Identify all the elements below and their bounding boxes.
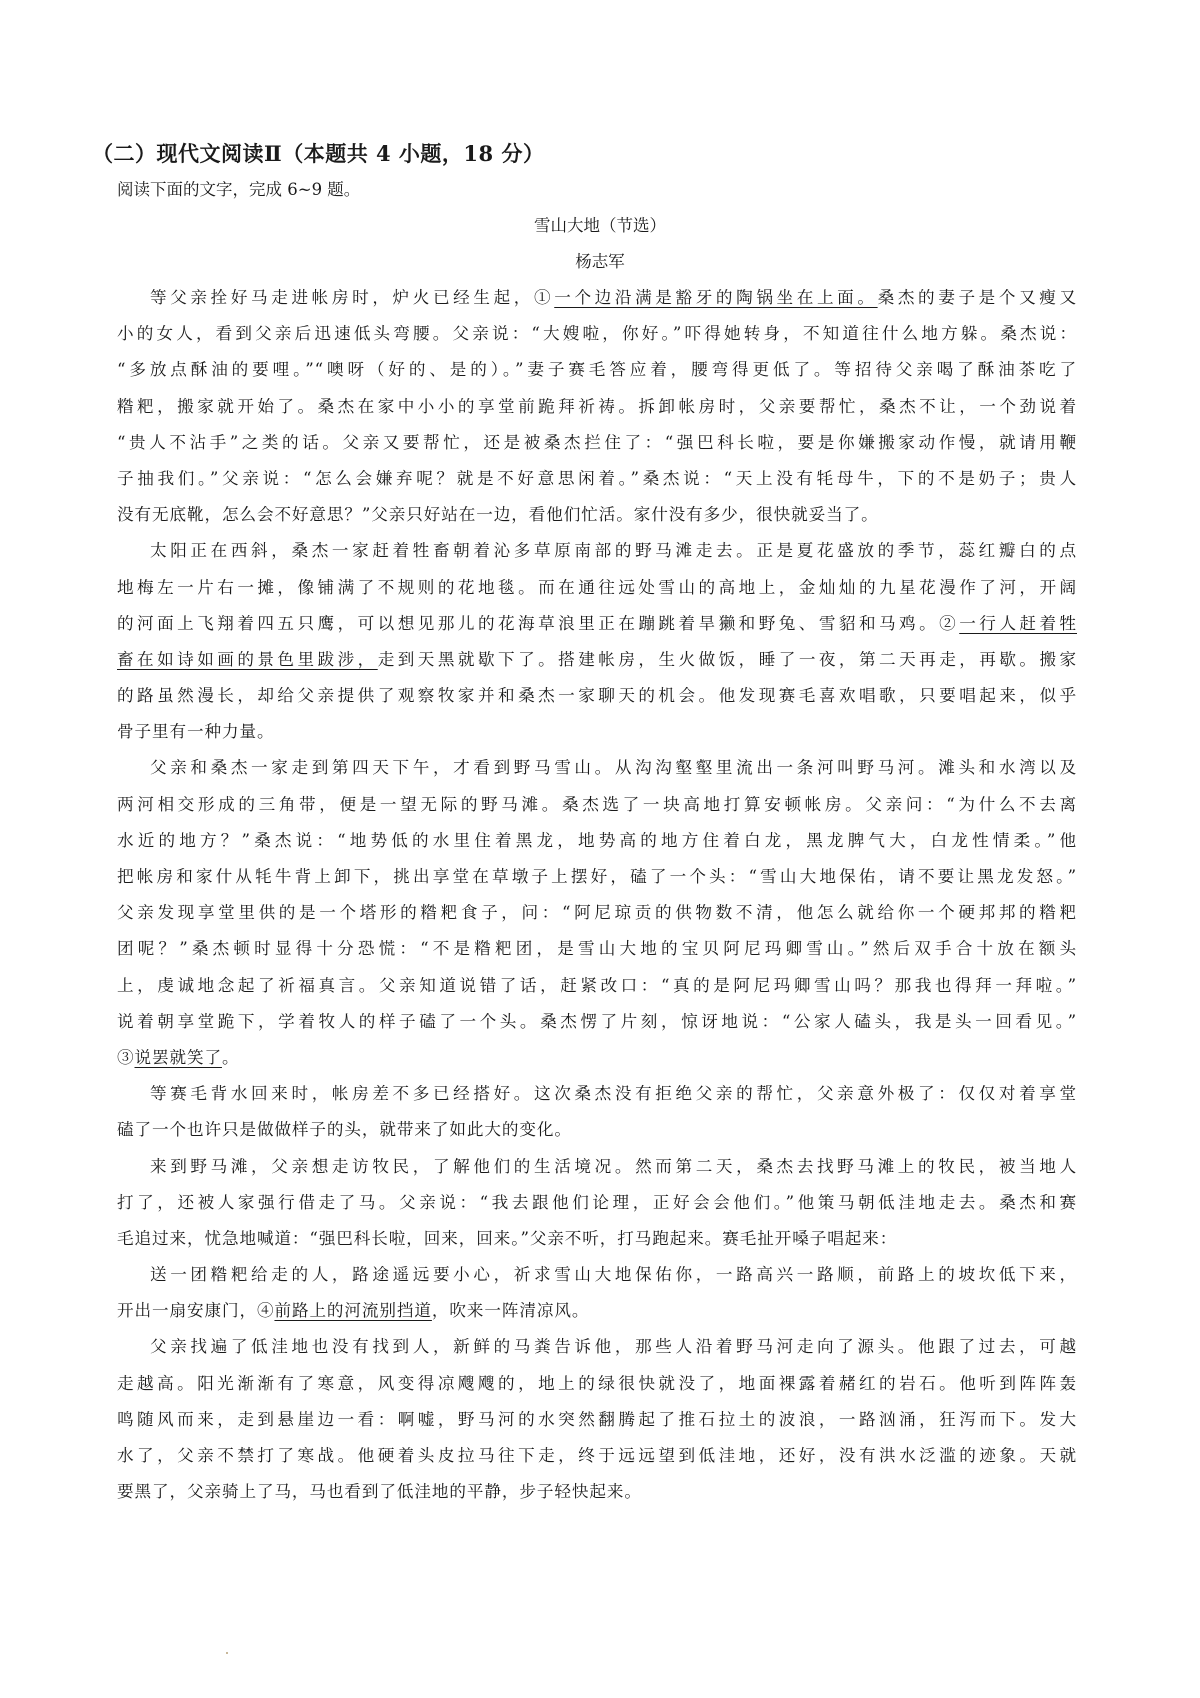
text-line: 说着朝享堂跪下，学着牧人的样子磕了一个头。桑杰愣了片刻，惊讶地说：“公家人磕头，…: [117, 1004, 1077, 1040]
section-title: （二）现代文阅读Ⅱ（本题共 4 小题，18 分）: [92, 138, 544, 168]
text-line: 把帐房和家什从牦牛背上卸下，挑出享堂在草墩子上摆好，磕了一个头：“雪山大地保佑，…: [117, 859, 1077, 895]
text-segment: ③: [117, 1048, 135, 1067]
text-line: 毛追过来，忧急地喊道：“强巴科长啦，回来，回来。”父亲不听，打马跑起来。赛毛扯开…: [117, 1221, 1077, 1257]
text-line: 父亲和桑杰一家走到第四天下午，才看到野马雪山。从沟沟壑壑里流出一条河叫野马河。滩…: [117, 750, 1077, 786]
text-segment: 走到天黑就歇下了。搭建帐房，生火做饭，睡了一夜，第二天再走，再歇。搬家: [378, 650, 1077, 669]
exam-page: （二）现代文阅读Ⅱ（本题共 4 小题，18 分） 阅读下面的文字，完成 6~9 …: [0, 0, 1200, 1698]
text-segment: 把帐房和家什从牦牛背上卸下，挑出享堂在草墩子上摆好，磕了一个头：“雪山大地保佑，…: [117, 867, 1077, 886]
text-segment: 说着朝享堂跪下，学着牧人的样子磕了一个头。桑杰愣了片刻，惊讶地说：“公家人磕头，…: [117, 1012, 1077, 1031]
text-line: 等父亲拴好马走进帐房时，炉火已经生起，①一个边沿满是豁牙的陶锅坐在上面。桑杰的妻…: [117, 280, 1077, 316]
text-line: 子抽我们。”父亲说：“怎么会嫌弃呢？就是不好意思闲着。”桑杰说：“天上没有牦母牛…: [117, 461, 1077, 497]
text-segment: 没有无底靴，怎么会不好意思？”父亲只好站在一边，看他们忙活。家什没有多少，很快就…: [117, 505, 879, 524]
text-line: 开出一扇安康门，④前路上的河流别挡道，吹来一阵清凉风。: [117, 1293, 1077, 1329]
text-line: 上，虔诚地念起了祈福真言。父亲知道说错了话，赶紧改口：“真的是阿尼玛卿雪山吗？那…: [117, 968, 1077, 1004]
text-segment: 糌粑，搬家就开始了。桑杰在家中小小的享堂前跪拜祈祷。拆卸帐房时，父亲要帮忙，桑杰…: [117, 397, 1077, 416]
text-segment: 父亲找遍了低洼地也没有找到人，新鲜的马粪告诉他，那些人沿着野马河走向了源头。他跟…: [150, 1337, 1077, 1356]
text-line: 父亲发现享堂里供的是一个塔形的糌粑食子，问：“阿尼琼贡的供物数不清，他怎么就给你…: [117, 895, 1077, 931]
text-segment: 上，虔诚地念起了祈福真言。父亲知道说错了话，赶紧改口：“真的是阿尼玛卿雪山吗？那…: [117, 976, 1077, 995]
scan-speck: [226, 1652, 228, 1654]
text-segment: 水近的地方？”桑杰说：“地势低的水里住着黑龙，地势高的地方住着白龙，黑龙脾气大，…: [117, 831, 1077, 850]
text-segment: 打了，还被人家强行借走了马。父亲说：“我去跟他们论理，正好会会他们。”他策马朝低…: [117, 1193, 1077, 1212]
article-title: 雪山大地（节选）: [0, 212, 1200, 236]
underlined-phrase: 说罢就笑了: [135, 1048, 222, 1067]
text-segment: 的路虽然漫长，却给父亲提供了观察牧家并和桑杰一家聊天的机会。他发现赛毛喜欢唱歌，…: [117, 686, 1077, 705]
text-segment: “多放点酥油的要哩。”“噢呀（好的、是的）。”妻子赛毛答应着，腰弯得更低了。等招…: [117, 360, 1077, 379]
text-line: 糌粑，搬家就开始了。桑杰在家中小小的享堂前跪拜祈祷。拆卸帐房时，父亲要帮忙，桑杰…: [117, 389, 1077, 425]
instruction-text: 阅读下面的文字，完成 6~9 题。: [117, 176, 360, 200]
underlined-phrase: 畜在如诗如画的景色里跋涉，: [117, 650, 378, 669]
text-line: 要黑了，父亲骑上了马，马也看到了低洼地的平静，步子轻快起来。: [117, 1474, 1077, 1510]
text-line: 走越高。阳光渐渐有了寒意，风变得凉飕飕的，地上的绿很快就没了，地面裸露着赭红的岩…: [117, 1366, 1077, 1402]
text-segment: 父亲和桑杰一家走到第四天下午，才看到野马雪山。从沟沟壑壑里流出一条河叫野马河。滩…: [150, 758, 1077, 777]
text-line: 团呢？”桑杰顿时显得十分恐慌：“不是糌粑团，是雪山大地的宝贝阿尼玛卿雪山。”然后…: [117, 931, 1077, 967]
text-line: “多放点酥油的要哩。”“噢呀（好的、是的）。”妻子赛毛答应着，腰弯得更低了。等招…: [117, 352, 1077, 388]
text-line: 水近的地方？”桑杰说：“地势低的水里住着黑龙，地势高的地方住着白龙，黑龙脾气大，…: [117, 823, 1077, 859]
text-segment: 等父亲拴好马走进帐房时，炉火已经生起，: [150, 288, 534, 307]
text-segment: 毛追过来，忧急地喊道：“强巴科长啦，回来，回来。”父亲不听，打马跑起来。赛毛扯开…: [117, 1229, 897, 1248]
text-segment: 送一团糌粑给走的人，路途遥远要小心，祈求雪山大地保佑你，一路高兴一路顺，前路上的…: [150, 1265, 1077, 1284]
text-segment: 团呢？”桑杰顿时显得十分恐慌：“不是糌粑团，是雪山大地的宝贝阿尼玛卿雪山。”然后…: [117, 939, 1077, 958]
text-line: 等赛毛背水回来时，帐房差不多已经搭好。这次桑杰没有拒绝父亲的帮忙，父亲意外极了：…: [117, 1076, 1077, 1112]
text-segment: 磕了一个也许只是做做样子的头，就带来了如此大的变化。: [117, 1120, 572, 1139]
text-line: 没有无底靴，怎么会不好意思？”父亲只好站在一边，看他们忙活。家什没有多少，很快就…: [117, 497, 1077, 533]
text-line: 畜在如诗如画的景色里跋涉，走到天黑就歇下了。搭建帐房，生火做饭，睡了一夜，第二天…: [117, 642, 1077, 678]
underlined-phrase: 前路上的河流别挡道: [274, 1301, 431, 1320]
text-line: ③说罢就笑了。: [117, 1040, 1077, 1076]
underlined-phrase: 一行人赶着牲: [959, 614, 1077, 633]
text-segment: “贵人不沾手”之类的话。父亲又要帮忙，还是被桑杰拦住了：“强巴科长啦，要是你嫌搬…: [117, 433, 1077, 452]
text-line: 小的女人，看到父亲后迅速低头弯腰。父亲说：“大嫂啦，你好。”吓得她转身，不知道往…: [117, 316, 1077, 352]
text-segment: ②: [939, 614, 959, 633]
text-line: 来到野马滩，父亲想走访牧民，了解他们的生活境况。然而第二天，桑杰去找野马滩上的牧…: [117, 1149, 1077, 1185]
text-segment: 的河面上飞翔着四五只鹰，可以想见那儿的花海草浪里正在蹦跳着旱獭和野兔、雪貂和马鸡…: [117, 614, 939, 633]
text-line: 骨子里有一种力量。: [117, 714, 1077, 750]
text-segment: 子抽我们。”父亲说：“怎么会嫌弃呢？就是不好意思闲着。”桑杰说：“天上没有牦母牛…: [117, 469, 1077, 488]
text-segment: 父亲发现享堂里供的是一个塔形的糌粑食子，问：“阿尼琼贡的供物数不清，他怎么就给你…: [117, 903, 1077, 922]
text-segment: 。: [222, 1048, 240, 1067]
text-segment: 桑杰的妻子是个又瘦又: [878, 288, 1077, 307]
text-line: 父亲找遍了低洼地也没有找到人，新鲜的马粪告诉他，那些人沿着野马河走向了源头。他跟…: [117, 1329, 1077, 1365]
text-segment: 等赛毛背水回来时，帐房差不多已经搭好。这次桑杰没有拒绝父亲的帮忙，父亲意外极了：…: [150, 1084, 1077, 1103]
underlined-phrase: 一个边沿满是豁牙的陶锅坐在上面。: [554, 288, 877, 307]
text-segment: 水了，父亲不禁打了寒战。他硬着头皮拉马往下走，终于远远望到低洼地，还好，没有洪水…: [117, 1446, 1077, 1465]
text-line: 太阳正在西斜，桑杰一家赶着牲畜朝着沁多草原南部的野马滩走去。正是夏花盛放的季节，…: [117, 533, 1077, 569]
text-line: 的河面上飞翔着四五只鹰，可以想见那儿的花海草浪里正在蹦跳着旱獭和野兔、雪貂和马鸡…: [117, 606, 1077, 642]
text-segment: 骨子里有一种力量。: [117, 722, 274, 741]
text-line: 水了，父亲不禁打了寒战。他硬着头皮拉马往下走，终于远远望到低洼地，还好，没有洪水…: [117, 1438, 1077, 1474]
text-segment: 鸣随风而来，走到悬崖边一看：啊嘘，野马河的水突然翻腾起了推石拉土的波浪，一路汹涌…: [117, 1410, 1077, 1429]
text-segment: ①: [534, 288, 554, 307]
text-segment: 开出一扇安康门，: [117, 1301, 257, 1320]
text-segment: ，吹来一阵清凉风。: [432, 1301, 589, 1320]
text-segment: ④: [257, 1301, 275, 1320]
text-line: 两河相交形成的三角带，便是一望无际的野马滩。桑杰选了一块高地打算安顿帐房。父亲问…: [117, 787, 1077, 823]
text-line: 送一团糌粑给走的人，路途遥远要小心，祈求雪山大地保佑你，一路高兴一路顺，前路上的…: [117, 1257, 1077, 1293]
text-segment: 地梅左一片右一摊，像铺满了不规则的花地毯。而在通往远处雪山的高地上，金灿灿的九星…: [117, 578, 1077, 597]
text-line: 鸣随风而来，走到悬崖边一看：啊嘘，野马河的水突然翻腾起了推石拉土的波浪，一路汹涌…: [117, 1402, 1077, 1438]
text-line: 打了，还被人家强行借走了马。父亲说：“我去跟他们论理，正好会会他们。”他策马朝低…: [117, 1185, 1077, 1221]
text-segment: 两河相交形成的三角带，便是一望无际的野马滩。桑杰选了一块高地打算安顿帐房。父亲问…: [117, 795, 1077, 814]
text-segment: 走越高。阳光渐渐有了寒意，风变得凉飕飕的，地上的绿很快就没了，地面裸露着赭红的岩…: [117, 1374, 1077, 1393]
text-segment: 小的女人，看到父亲后迅速低头弯腰。父亲说：“大嫂啦，你好。”吓得她转身，不知道往…: [117, 324, 1077, 343]
text-line: 地梅左一片右一摊，像铺满了不规则的花地毯。而在通往远处雪山的高地上，金灿灿的九星…: [117, 570, 1077, 606]
article-author: 杨志军: [0, 248, 1200, 272]
text-segment: 来到野马滩，父亲想走访牧民，了解他们的生活境况。然而第二天，桑杰去找野马滩上的牧…: [150, 1157, 1077, 1176]
text-line: 磕了一个也许只是做做样子的头，就带来了如此大的变化。: [117, 1112, 1077, 1148]
text-line: “贵人不沾手”之类的话。父亲又要帮忙，还是被桑杰拦住了：“强巴科长啦，要是你嫌搬…: [117, 425, 1077, 461]
text-line: 的路虽然漫长，却给父亲提供了观察牧家并和桑杰一家聊天的机会。他发现赛毛喜欢唱歌，…: [117, 678, 1077, 714]
text-segment: 要黑了，父亲骑上了马，马也看到了低洼地的平静，步子轻快起来。: [117, 1482, 642, 1501]
article-body: 等父亲拴好马走进帐房时，炉火已经生起，①一个边沿满是豁牙的陶锅坐在上面。桑杰的妻…: [117, 280, 1077, 1510]
text-segment: 太阳正在西斜，桑杰一家赶着牲畜朝着沁多草原南部的野马滩走去。正是夏花盛放的季节，…: [150, 541, 1077, 560]
